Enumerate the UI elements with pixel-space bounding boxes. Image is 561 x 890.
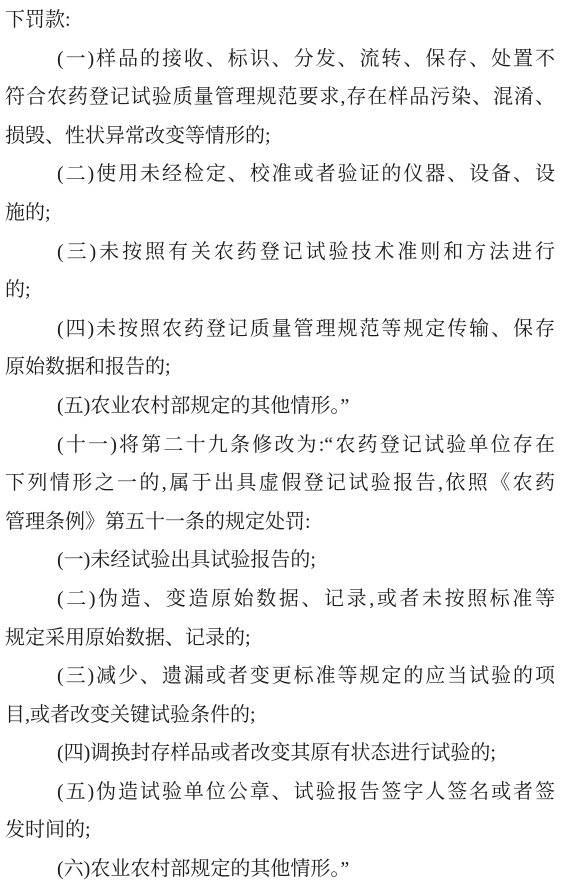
paragraph: 下罚款:: [5, 1, 555, 40]
text-line: 的;: [5, 271, 555, 310]
text-line: 损毁、性状异常改变等情形的;: [5, 117, 555, 156]
text-line: (一)未经试验出具试验报告的;: [5, 541, 555, 580]
text-line: (二)使用未经检定、校准或者验证的仪器、设备、设: [5, 155, 555, 194]
paragraph: (四)调换封存样品或者改变其原有状态进行试验的;: [5, 734, 555, 773]
paragraph: (二)伪造、变造原始数据、记录,或者未按照标准等规定采用原始数据、记录的;: [5, 580, 555, 657]
text-line: 发时间的;: [5, 811, 555, 850]
text-line: 原始数据和报告的;: [5, 348, 555, 387]
text-line: 符合农药登记试验质量管理规范要求,存在样品污染、混淆、: [5, 78, 555, 117]
text-line: (三)减少、遗漏或者变更标准等规定的应当试验的项: [5, 657, 555, 696]
paragraph: (十一)将第二十九条修改为:“农药登记试验单位存在下列情形之一的,属于出具虚假登…: [5, 426, 555, 542]
paragraph: (三)未按照有关农药登记试验技术准则和方法进行的;: [5, 233, 555, 310]
text-line: 下罚款:: [5, 1, 555, 40]
text-line: 管理条例》第五十一条的规定处罚:: [5, 503, 555, 542]
paragraph: (一)样品的接收、标识、分发、流转、保存、处置不符合农药登记试验质量管理规范要求…: [5, 40, 555, 156]
text-line: (四)调换封存样品或者改变其原有状态进行试验的;: [5, 734, 555, 773]
text-line: (五)农业农村部规定的其他情形。”: [5, 387, 555, 426]
text-line: 规定采用原始数据、记录的;: [5, 619, 555, 658]
paragraph: (五)伪造试验单位公章、试验报告签字人签名或者签发时间的;: [5, 773, 555, 850]
text-line: 目,或者改变关键试验条件的;: [5, 696, 555, 735]
document-page: 下罚款:(一)样品的接收、标识、分发、流转、保存、处置不符合农药登记试验质量管理…: [0, 0, 561, 890]
text-line: 施的;: [5, 194, 555, 233]
paragraph: (一)未经试验出具试验报告的;: [5, 541, 555, 580]
paragraph: (四)未按照农药登记质量管理规范等规定传输、保存原始数据和报告的;: [5, 310, 555, 387]
text-line: (二)伪造、变造原始数据、记录,或者未按照标准等: [5, 580, 555, 619]
text-line: (一)样品的接收、标识、分发、流转、保存、处置不: [5, 40, 555, 79]
text-line: (六)农业农村部规定的其他情形。”: [5, 850, 555, 889]
text-line: (五)伪造试验单位公章、试验报告签字人签名或者签: [5, 773, 555, 812]
text-line: 下列情形之一的,属于出具虚假登记试验报告,依照《农药: [5, 464, 555, 503]
text-line: (四)未按照农药登记质量管理规范等规定传输、保存: [5, 310, 555, 349]
text-line: (十一)将第二十九条修改为:“农药登记试验单位存在: [5, 426, 555, 465]
paragraph: (五)农业农村部规定的其他情形。”: [5, 387, 555, 426]
paragraph: (二)使用未经检定、校准或者验证的仪器、设备、设施的;: [5, 155, 555, 232]
paragraph: (六)农业农村部规定的其他情形。”: [5, 850, 555, 889]
text-line: (三)未按照有关农药登记试验技术准则和方法进行: [5, 233, 555, 272]
paragraph: (三)减少、遗漏或者变更标准等规定的应当试验的项目,或者改变关键试验条件的;: [5, 657, 555, 734]
